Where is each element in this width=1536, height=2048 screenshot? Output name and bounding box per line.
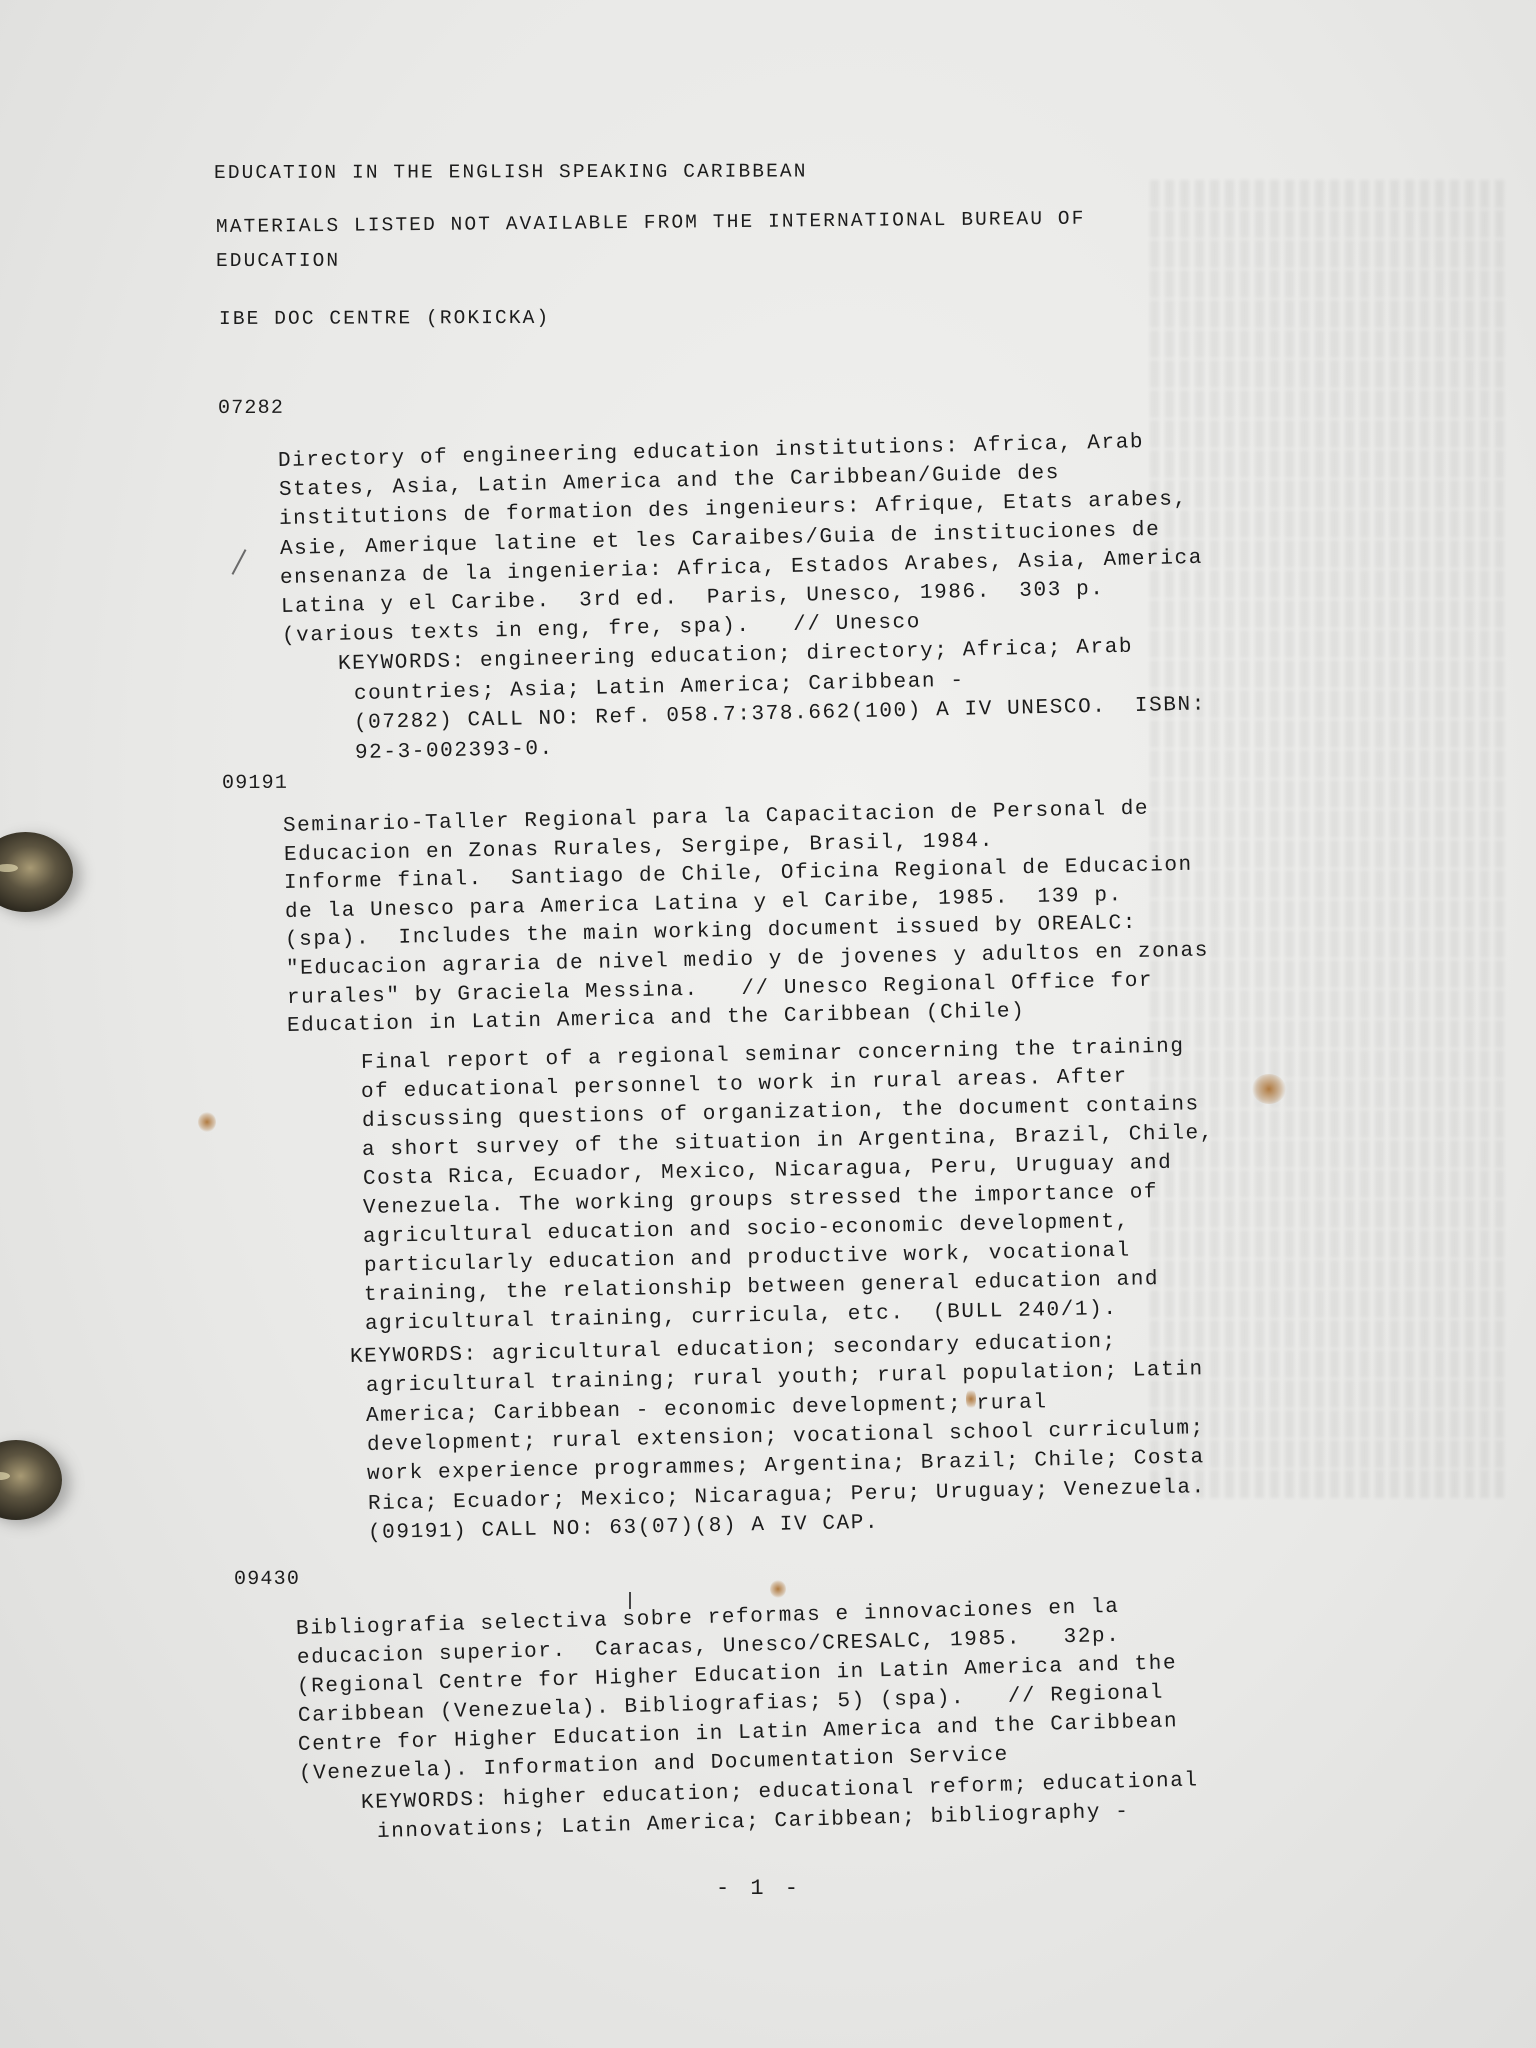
record-id: 09430 <box>234 1568 300 1591</box>
binder-hole-top <box>0 832 73 912</box>
show-through-text <box>1150 180 1510 1580</box>
paper-stain <box>1252 1074 1286 1104</box>
paper-stain <box>770 1580 786 1598</box>
record-id: 09191 <box>222 772 288 795</box>
pencil-mark <box>629 1592 631 1609</box>
document-subtitle: MATERIALS LISTED NOT AVAILABLE FROM THE … <box>216 208 1086 238</box>
record-id: 07282 <box>218 397 284 420</box>
page-number: - 1 - <box>716 1876 802 1901</box>
binder-hole-bottom <box>0 1440 62 1520</box>
record-keywords-line: (09191) CALL NO: 63(07)(8) A IV CAP. <box>368 1512 880 1545</box>
pencil-tick-mark <box>232 549 247 575</box>
document-title: EDUCATION IN THE ENGLISH SPEAKING CARIBB… <box>214 160 808 184</box>
paper-stain <box>198 1112 216 1132</box>
record-keywords-line: 92-3-002393-0. <box>355 737 554 764</box>
document-source: IBE DOC CENTRE (ROKICKA) <box>219 307 550 330</box>
document-page: EDUCATION IN THE ENGLISH SPEAKING CARIBB… <box>0 0 1536 2048</box>
record-citation-line: Seminario-Taller Regional para la Capaci… <box>283 798 1150 838</box>
document-subtitle: EDUCATION <box>216 250 340 272</box>
